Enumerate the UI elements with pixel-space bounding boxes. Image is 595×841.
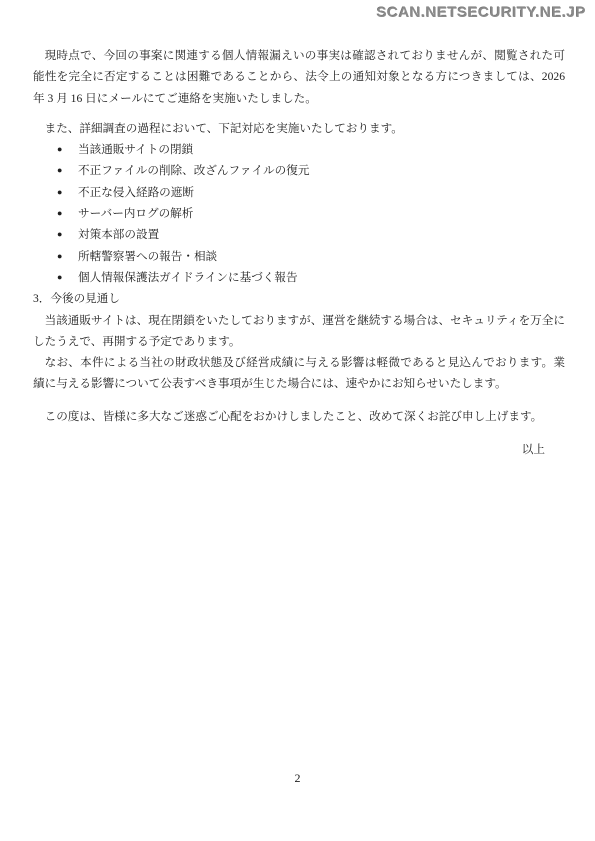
section-heading-outlook: 3．今後の見通し xyxy=(33,288,565,309)
bullet-icon: ● xyxy=(57,267,78,288)
bullet-icon: ● xyxy=(57,139,78,160)
list-item: ● 個人情報保護法ガイドラインに基づく報告 xyxy=(33,267,565,288)
document-page: SCAN.NETSECURITY.NE.JP 現時点で、今回の事案に関連する個人… xyxy=(0,0,595,841)
watermark: SCAN.NETSECURITY.NE.JP xyxy=(377,4,586,21)
bullet-icon: ● xyxy=(57,246,78,267)
countermeasures-list: ● 当該通販サイトの閉鎖 ● 不正ファイルの削除、改ざんファイルの復元 ● 不正… xyxy=(33,139,565,288)
bullet-icon: ● xyxy=(57,182,78,203)
paragraph-also: また、詳細調査の過程において、下記対応を実施いたしております。 xyxy=(33,118,565,139)
paragraph-apology: この度は、皆様に多大なご迷惑ご心配をおかけしましたこと、改めて深くお詫び申し上げ… xyxy=(33,406,565,427)
bullet-icon: ● xyxy=(57,160,78,181)
paragraph-status: 現時点で、今回の事案に関連する個人情報漏えいの事実は確認されておりませんが、閲覧… xyxy=(33,45,565,109)
list-item-text: 対策本部の設置 xyxy=(78,224,159,245)
bullet-icon: ● xyxy=(57,224,78,245)
document-body: 現時点で、今回の事案に関連する個人情報漏えいの事実は確認されておりませんが、閲覧… xyxy=(33,45,565,460)
paragraph-impact: なお、本件による当社の財政状態及び経営成績に与える影響は軽微であると見込んでおり… xyxy=(33,352,565,395)
list-item-text: 当該通販サイトの閉鎖 xyxy=(78,139,193,160)
page-number: 2 xyxy=(0,771,595,786)
list-item: ● 当該通販サイトの閉鎖 xyxy=(33,139,565,160)
list-item: ● 対策本部の設置 xyxy=(33,224,565,245)
list-item: ● 不正ファイルの削除、改ざんファイルの復元 xyxy=(33,160,565,181)
paragraph-outlook: 当該通販サイトは、現在閉鎖をいたしておりますが、運営を継続する場合は、セキュリテ… xyxy=(33,310,565,353)
list-item-text: サーバー内ログの解析 xyxy=(78,203,193,224)
list-item-text: 不正な侵入経路の遮断 xyxy=(78,182,194,203)
list-item: ● サーバー内ログの解析 xyxy=(33,203,565,224)
list-item: ● 不正な侵入経路の遮断 xyxy=(33,182,565,203)
bullet-icon: ● xyxy=(57,203,78,224)
list-item-text: 不正ファイルの削除、改ざんファイルの復元 xyxy=(78,160,309,181)
list-item-text: 個人情報保護法ガイドラインに基づく報告 xyxy=(78,267,298,288)
list-item-text: 所轄警察署への報告・相談 xyxy=(78,246,217,267)
closing-ijou: 以上 xyxy=(33,439,565,460)
list-item: ● 所轄警察署への報告・相談 xyxy=(33,246,565,267)
